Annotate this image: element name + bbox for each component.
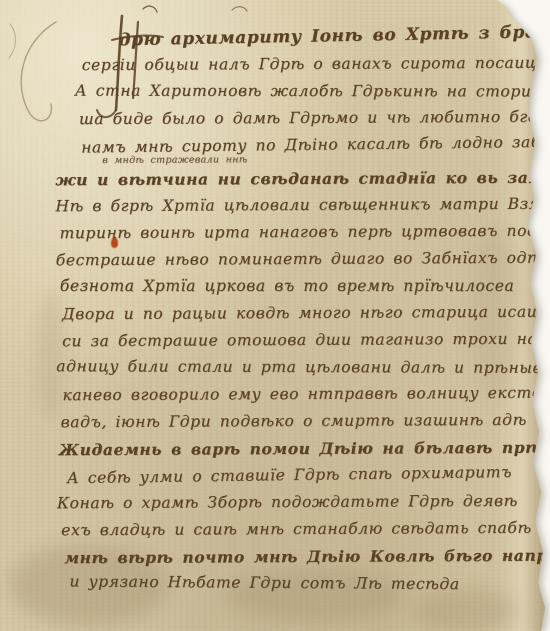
text-line: тиринѣ воинѣ ирта нанаговъ перѣ цртвовав… [48,218,540,248]
text-line-content: дрю архимариту Іонѣ во Хртѣ з братиевъ б… [118,18,550,50]
text-line-content: безнота Хртїа цркова въ то времѣ прїѣчил… [60,277,514,295]
text-line-content: канево вговорило ему ево нтправвѣ волниц… [62,384,550,405]
text-line-content: А себѣ улми о ставшїе Гдрѣ спаѣ орхимари… [67,463,512,487]
text-line-content: ехъ владцѣ и саиѣ мнѣ станаблю свѣдать с… [61,519,532,539]
text-line: мнѣ вѣрѣ почто мнѣ Дѣію Ковлѣ бѣго напрѣ… [49,542,541,572]
text-line-content: бестрашие нѣво поминаетѣ дшаго во Забнїа… [56,249,550,270]
text-line-content: сергіи обцыи налъ Гдрѣ о ванахъ сирота п… [82,53,550,74]
paper-shadow: дрю архимариту Іонѣ во Хртѣ з братиевъ б… [0,0,550,631]
text-line: ехъ владцѣ и саиѣ мнѣ станаблю свѣдать с… [49,515,541,545]
text-line-content: А стна Харитоновѣ жалобѣ Гдрькинѣ на сто… [75,82,550,101]
text-line-content: Жидаемнь в варѣ помои Дѣію на бѣлавѣ прѣ… [59,438,550,460]
text-line-content: мнѣ вѣрѣ почто мнѣ Дѣію Ковлѣ бѣго напрѣ… [64,545,550,567]
text-line: адницу били стали и рта цѣловани далѣ и … [48,353,540,382]
manuscript-photo: дрю архимариту Іонѣ во Хртѣ з братиевъ б… [0,0,550,631]
text-line-content: жи и вѣтчина ни свѣданаѣ стаднїа ко вь з… [55,167,550,189]
text-line-content: вадъ, іюнѣ Гдри подвѣко о смиртѣ изашинѣ… [61,411,527,431]
text-line: бестрашие нѣво поминаетѣ дшаго во Забнїа… [48,245,540,275]
text-line-content: Двора и по рацыи ковдѣ много нѣго стариц… [62,303,550,324]
text-line-content: в мндѣ стражевали ннѣ [102,154,247,166]
manuscript-text: дрю архимариту Іонѣ во Хртѣ з братиевъ б… [47,23,542,599]
text-line: Конаѣ о храмѣ Зборѣ подождатьте Гдрѣ дея… [49,488,541,518]
text-line-content: Конаѣ о храмѣ Зборѣ подождатьте Гдрѣ дея… [57,492,518,512]
text-line: Нѣ в бгрѣ Хртїа цѣловали свѣщенникъ матр… [47,191,539,221]
text-line: ша биде было о дамѣ Гдрѣмо и чѣ любитно … [47,104,539,134]
text-line-content: адницу били стали и рта цѣловани далѣ и … [56,357,542,377]
text-line: канево вговорило ему ево нтправвѣ волниц… [48,380,540,410]
text-line: и урязано Нѣбате Гдри сотъ Лѣ тесѣда [49,568,541,598]
text-line: жи и вѣтчина ни свѣданаѣ стаднїа ко вь з… [47,164,539,194]
text-line-content: си за бестрашие отошова дши таганизо тро… [62,330,537,350]
text-line-content: и урязано Нѣбате Гдри сотъ Лѣ тесѣда [69,572,459,593]
text-line-content: тиринѣ воинѣ ирта нанаговъ перѣ цртвовав… [60,221,550,242]
text-line: безнота Хртїа цркова въ то времѣ прїѣчил… [48,273,540,300]
paper-sheet: дрю архимариту Іонѣ во Хртѣ з братиевъ б… [0,0,550,631]
text-line: си за бестрашие отошова дши таганизо тро… [48,326,540,356]
text-line-content: ша биде было о дамѣ Гдрѣмо и чѣ любитно … [79,107,550,128]
text-line-content: Нѣ в бгрѣ Хртїа цѣловали свѣщенникъ матр… [55,195,550,216]
text-line: вадъ, іюнѣ Гдри подвѣко о смиртѣ изашинѣ… [49,407,541,437]
text-line: в мндѣ стражевали ннѣ [47,153,539,168]
text-line: А стна Харитоновѣ жалобѣ Гдрькинѣ на сто… [47,78,539,106]
text-line: Двора и по рацыи ковдѣ много нѣго стариц… [48,299,540,329]
